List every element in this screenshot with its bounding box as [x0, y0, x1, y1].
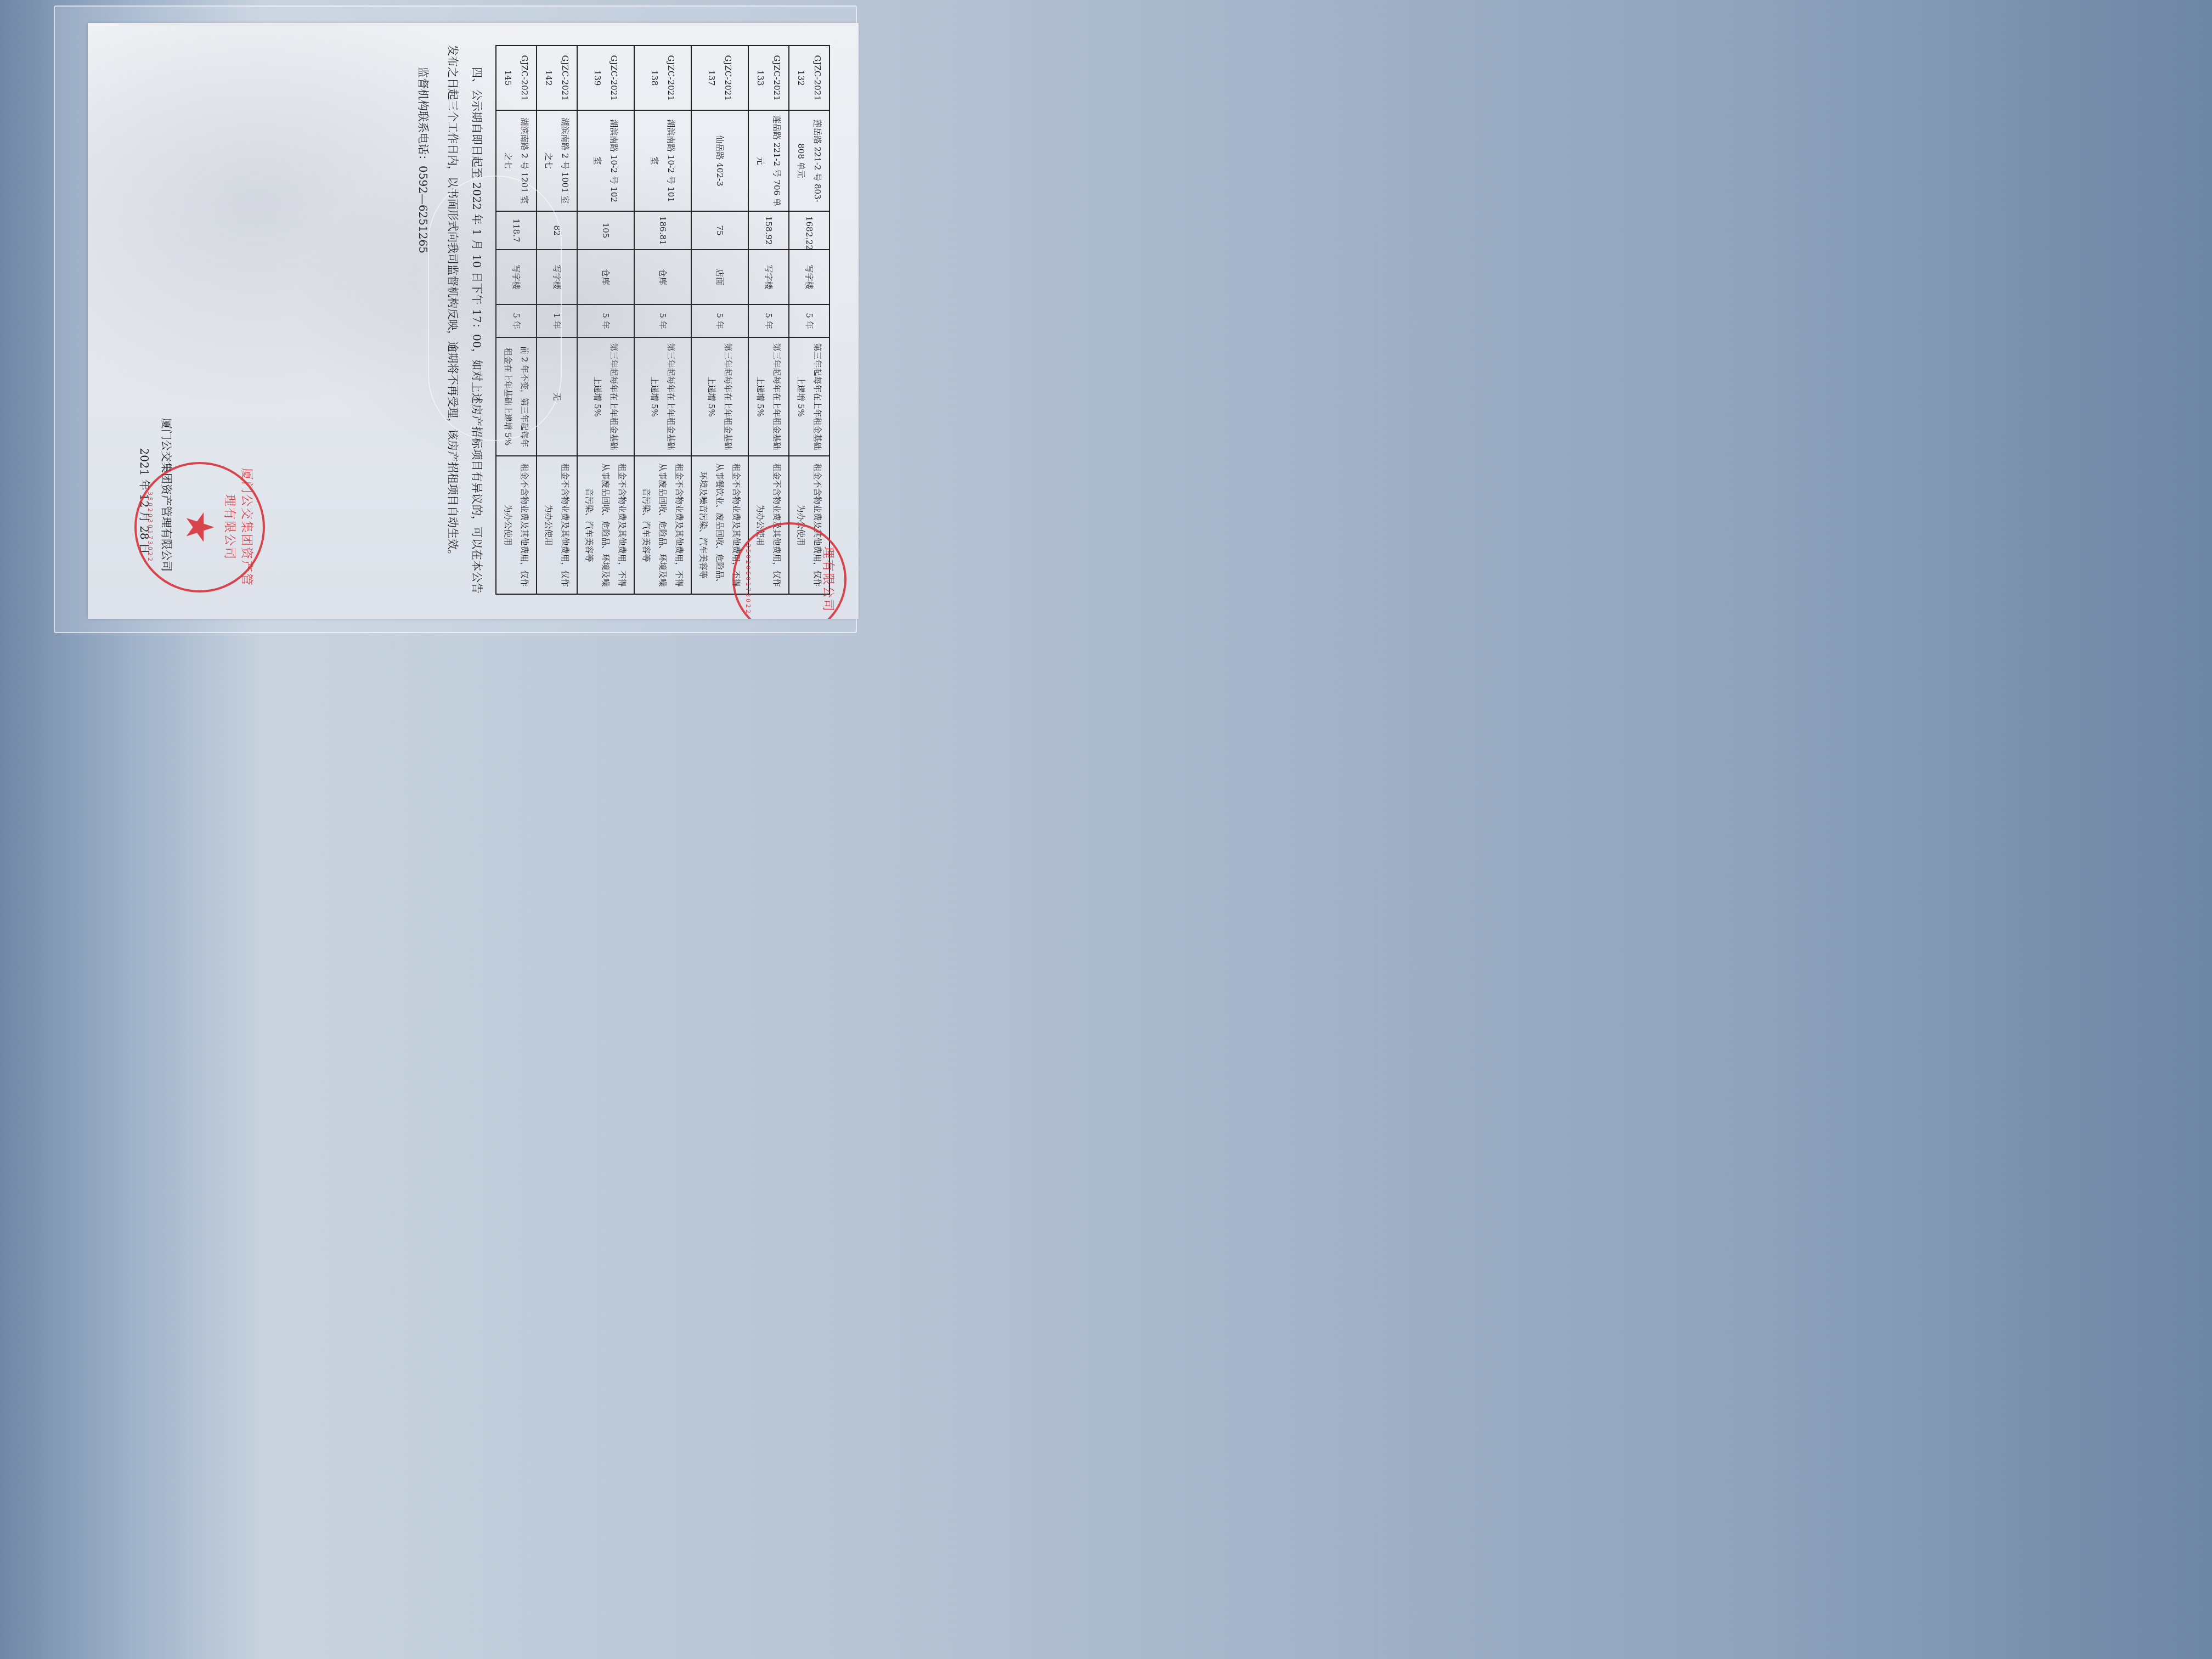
- star-icon: ★: [180, 510, 219, 545]
- cell-term: 5 年: [691, 304, 748, 337]
- contact-label: 监督机构联系电话：: [416, 67, 430, 166]
- table-row: GJZC-2021 137仙岳路 402-375店面5 年第三年起每年在上年租金…: [691, 46, 748, 594]
- cell-area: 1682.22: [789, 211, 830, 250]
- cell-type: 店面: [691, 250, 748, 304]
- seal-text: 厦门公交集团资产管理有限公司: [222, 464, 256, 590]
- cell-address: 莲岳路 221-2 号 706 单元: [748, 110, 789, 211]
- cell-type: 仓库: [634, 250, 691, 304]
- cell-remarks: 租金不含物业费及其他费用，不得从事废品回收、危险品、环境及噪音污染、汽车美容等: [634, 456, 691, 594]
- sleeve-thumb-cutout: [428, 176, 562, 441]
- cell-term: 5 年: [789, 304, 830, 337]
- table-row: GJZC-2021 139湖滨南路 10-2 号 102 室105仓库5 年第三…: [577, 46, 634, 594]
- company-seal-bottom: 厦门公交集团资产管理有限公司 ★ 3502030173022: [134, 462, 265, 592]
- cell-address: 湖滨南路 10-2 号 102 室: [577, 110, 634, 211]
- cell-address: 莲岳路 221-2 号 803-808 单元: [789, 110, 830, 211]
- cell-area: 158.92: [748, 211, 789, 250]
- table-row: GJZC-2021 138湖滨南路 10-2 号 101 室186.81仓库5 …: [634, 46, 691, 594]
- cell-type: 写字楼: [748, 250, 789, 304]
- table-row: GJZC-2021 132莲岳路 221-2 号 803-808 单元1682.…: [789, 46, 830, 594]
- cell-term: 5 年: [577, 304, 634, 337]
- cell-project-no: GJZC-2021 139: [577, 46, 634, 110]
- cell-remarks: 租金不含物业费及其他费用，仅作为办公使用: [537, 456, 577, 594]
- cell-term: 5 年: [634, 304, 691, 337]
- cell-area: 105: [577, 211, 634, 250]
- cell-type: 写字楼: [789, 250, 830, 304]
- company-seal-top: 理有限公司 3502060173022: [732, 522, 847, 619]
- seal-code: 3502030173022: [146, 464, 154, 590]
- cell-address: 湖滨南路 10-2 号 101 室: [634, 110, 691, 211]
- cell-rent-increase: 第三年起每年在上年租金基础上递增 5%: [748, 337, 789, 456]
- cell-project-no: GJZC-2021 137: [691, 46, 748, 110]
- cell-project-no: GJZC-2021 132: [789, 46, 830, 110]
- cell-address: 仙岳路 402-3: [691, 110, 748, 211]
- seal-text: 理有限公司: [821, 524, 838, 619]
- cell-project-no: GJZC-2021 133: [748, 46, 789, 110]
- cell-project-no: GJZC-2021 142: [537, 46, 577, 110]
- cell-area: 186.81: [634, 211, 691, 250]
- cell-area: 75: [691, 211, 748, 250]
- cell-project-no: GJZC-2021 138: [634, 46, 691, 110]
- cell-rent-increase: 第三年起每年在上年租金基础上递增 5%: [789, 337, 830, 456]
- cell-rent-increase: 第三年起每年在上年租金基础上递增 5%: [634, 337, 691, 456]
- cell-remarks: 租金不含物业费及其他费用，仅作为办公使用: [496, 456, 537, 594]
- cell-rent-increase: 第三年起每年在上年租金基础上递增 5%: [691, 337, 748, 456]
- cell-term: 5 年: [748, 304, 789, 337]
- cell-type: 仓库: [577, 250, 634, 304]
- seal-code: 3502060173022: [744, 524, 752, 619]
- cell-project-no: GJZC-2021 145: [496, 46, 537, 110]
- cell-remarks: 租金不含物业费及其他费用，不得从事废品回收、危险品、环境及噪音污染、汽车美容等: [577, 456, 634, 594]
- table-row: GJZC-2021 133莲岳路 221-2 号 706 单元158.92写字楼…: [748, 46, 789, 594]
- cell-rent-increase: 第三年起每年在上年租金基础上递增 5%: [577, 337, 634, 456]
